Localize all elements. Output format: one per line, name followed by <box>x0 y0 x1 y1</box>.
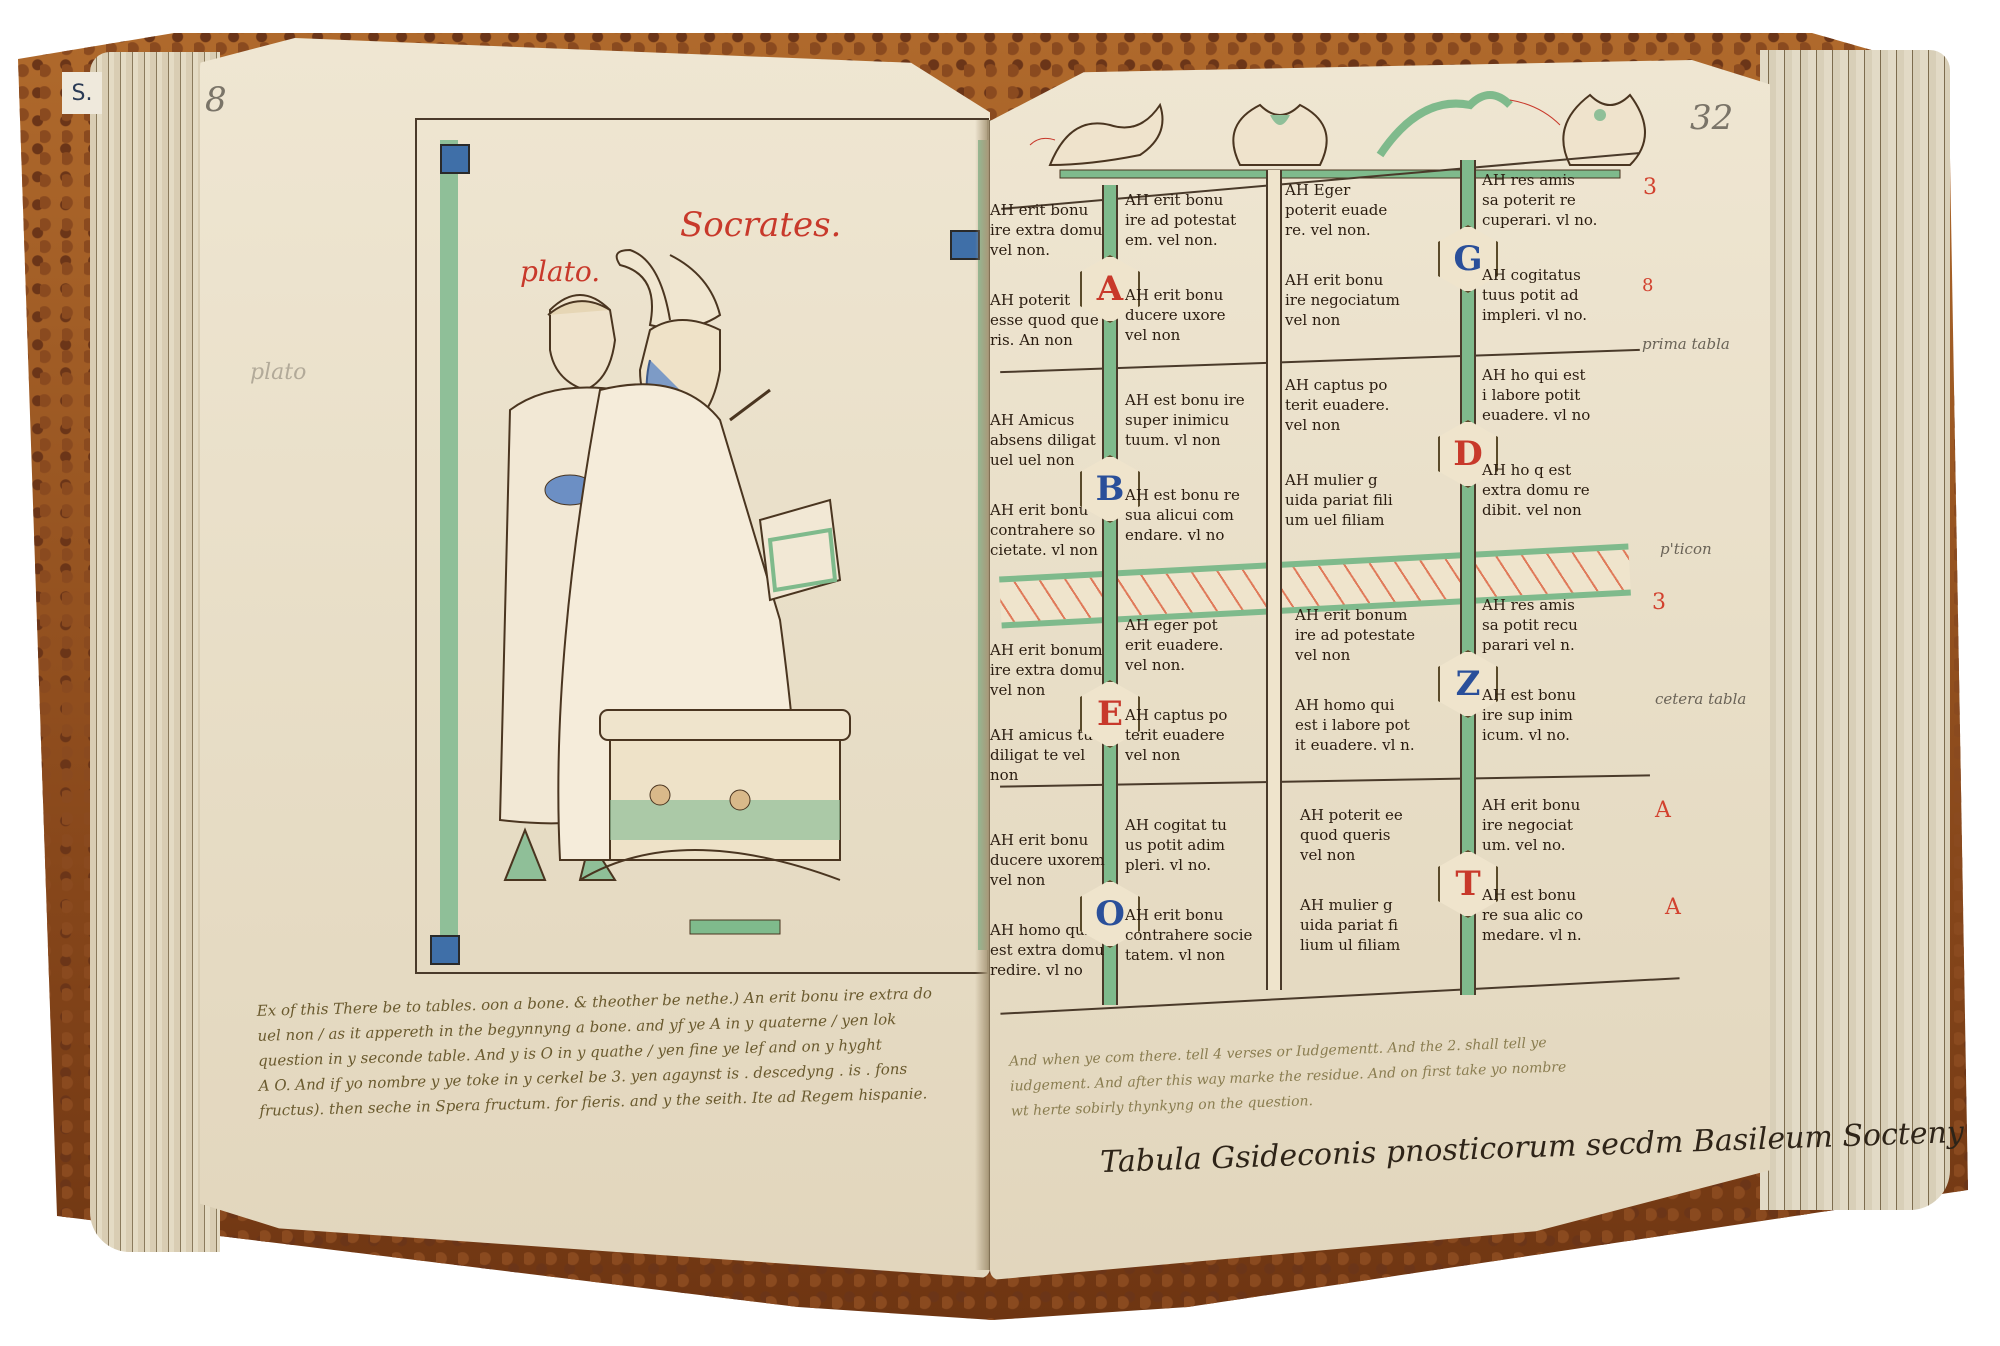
table-cell: AH amicus tudiligat te velnon <box>990 725 1093 785</box>
margin-mark: A <box>1665 895 1681 920</box>
table-cell: AH res amissa poterit recuperari. vl no. <box>1482 170 1597 230</box>
faint-margin-note: plato <box>250 360 306 385</box>
page-stack-right <box>1760 50 1950 1210</box>
decorative-header-beasts-and-foliage <box>1010 75 1650 185</box>
margin-note: cetera tabla <box>1655 690 1746 708</box>
margin-note: prima tabla <box>1642 335 1730 353</box>
table-cell: AH est bonure sua alic comedare. vl n. <box>1482 885 1583 945</box>
table-cell: AH mulier guida pariat filium uel filiam <box>1285 470 1393 530</box>
table-cell: AH poterit eequod querisvel non <box>1300 805 1403 865</box>
table-cell: AH homo quiest i labore potit euadere. v… <box>1295 695 1415 755</box>
table-cell: AH erit bonuire negociatumvel non <box>1285 270 1400 330</box>
left-folio-number: 8 <box>205 80 227 120</box>
table-cell: AH est bonuire sup inimicum. vl no. <box>1482 685 1576 745</box>
margin-note: p'ticon <box>1660 540 1712 558</box>
table-cell: AH ho qui esti labore potiteuadere. vl n… <box>1482 365 1590 425</box>
table-cell: AH Amicusabsens diligatuel uel non <box>990 410 1096 470</box>
table-cell: AH est bonu resua alicui comendare. vl n… <box>1125 485 1240 545</box>
table-cell: AH erit bonuire ad potestatem. vel non. <box>1125 190 1236 250</box>
table-cell: AH captus poterit euaderevel non <box>1125 705 1227 765</box>
table-cell: AH erit bonumire ad potestatevel non <box>1295 605 1415 665</box>
table-cell: AH est bonu iresuper inimicutuum. vl non <box>1125 390 1245 450</box>
table-cell: AH erit bonuire extra domuvel non. <box>990 200 1102 260</box>
table-cell: AH erit bonucontrahere societate. vl non <box>990 500 1098 560</box>
blue-corner-ornament <box>440 144 470 174</box>
left-page-commentary: Ex of this There be to tables. oon a bon… <box>256 981 934 1124</box>
table-cell: AH captus poterit euadere.vel non <box>1285 375 1389 435</box>
socrates-and-plato-illustration <box>450 240 960 960</box>
table-cell: AH mulier guida pariat filium ul filiam <box>1300 895 1400 955</box>
margin-mark: 3 <box>1643 175 1657 200</box>
table-cell: AH erit bonuducere uxoremvel non <box>990 830 1105 890</box>
table-cell: AH erit bonucontrahere societatem. vl no… <box>1125 905 1252 965</box>
margin-mark: A <box>1655 798 1671 823</box>
table-cell: AH cogitat tuus potit adimpleri. vl no. <box>1125 815 1227 875</box>
table-cell: AH erit bonuire negociatum. vel no. <box>1482 795 1580 855</box>
socrates-label: Socrates. <box>680 205 841 245</box>
spine-label: S. <box>62 72 102 114</box>
margin-mark: 3 <box>1652 590 1666 615</box>
table-cell: AH Egerpoterit euadere. vel non. <box>1285 180 1387 240</box>
table-cell: AH erit bonuducere uxorevel non <box>1125 285 1226 345</box>
right-folio-number: 32 <box>1690 98 1733 138</box>
margin-mark: 8 <box>1642 275 1653 296</box>
table-cell: AH ho q estextra domu redibit. vel non <box>1482 460 1590 520</box>
table-cell: AH erit bonumire extra domuvel non <box>990 640 1103 700</box>
table-cell: AH res amissa potit recuparari vel n. <box>1482 595 1578 655</box>
table-cell: AH cogitatustuus potit adimpleri. vl no. <box>1482 265 1587 325</box>
plain-column <box>1266 170 1282 990</box>
table-cell: AH eger poterit euadere.vel non. <box>1125 615 1223 675</box>
